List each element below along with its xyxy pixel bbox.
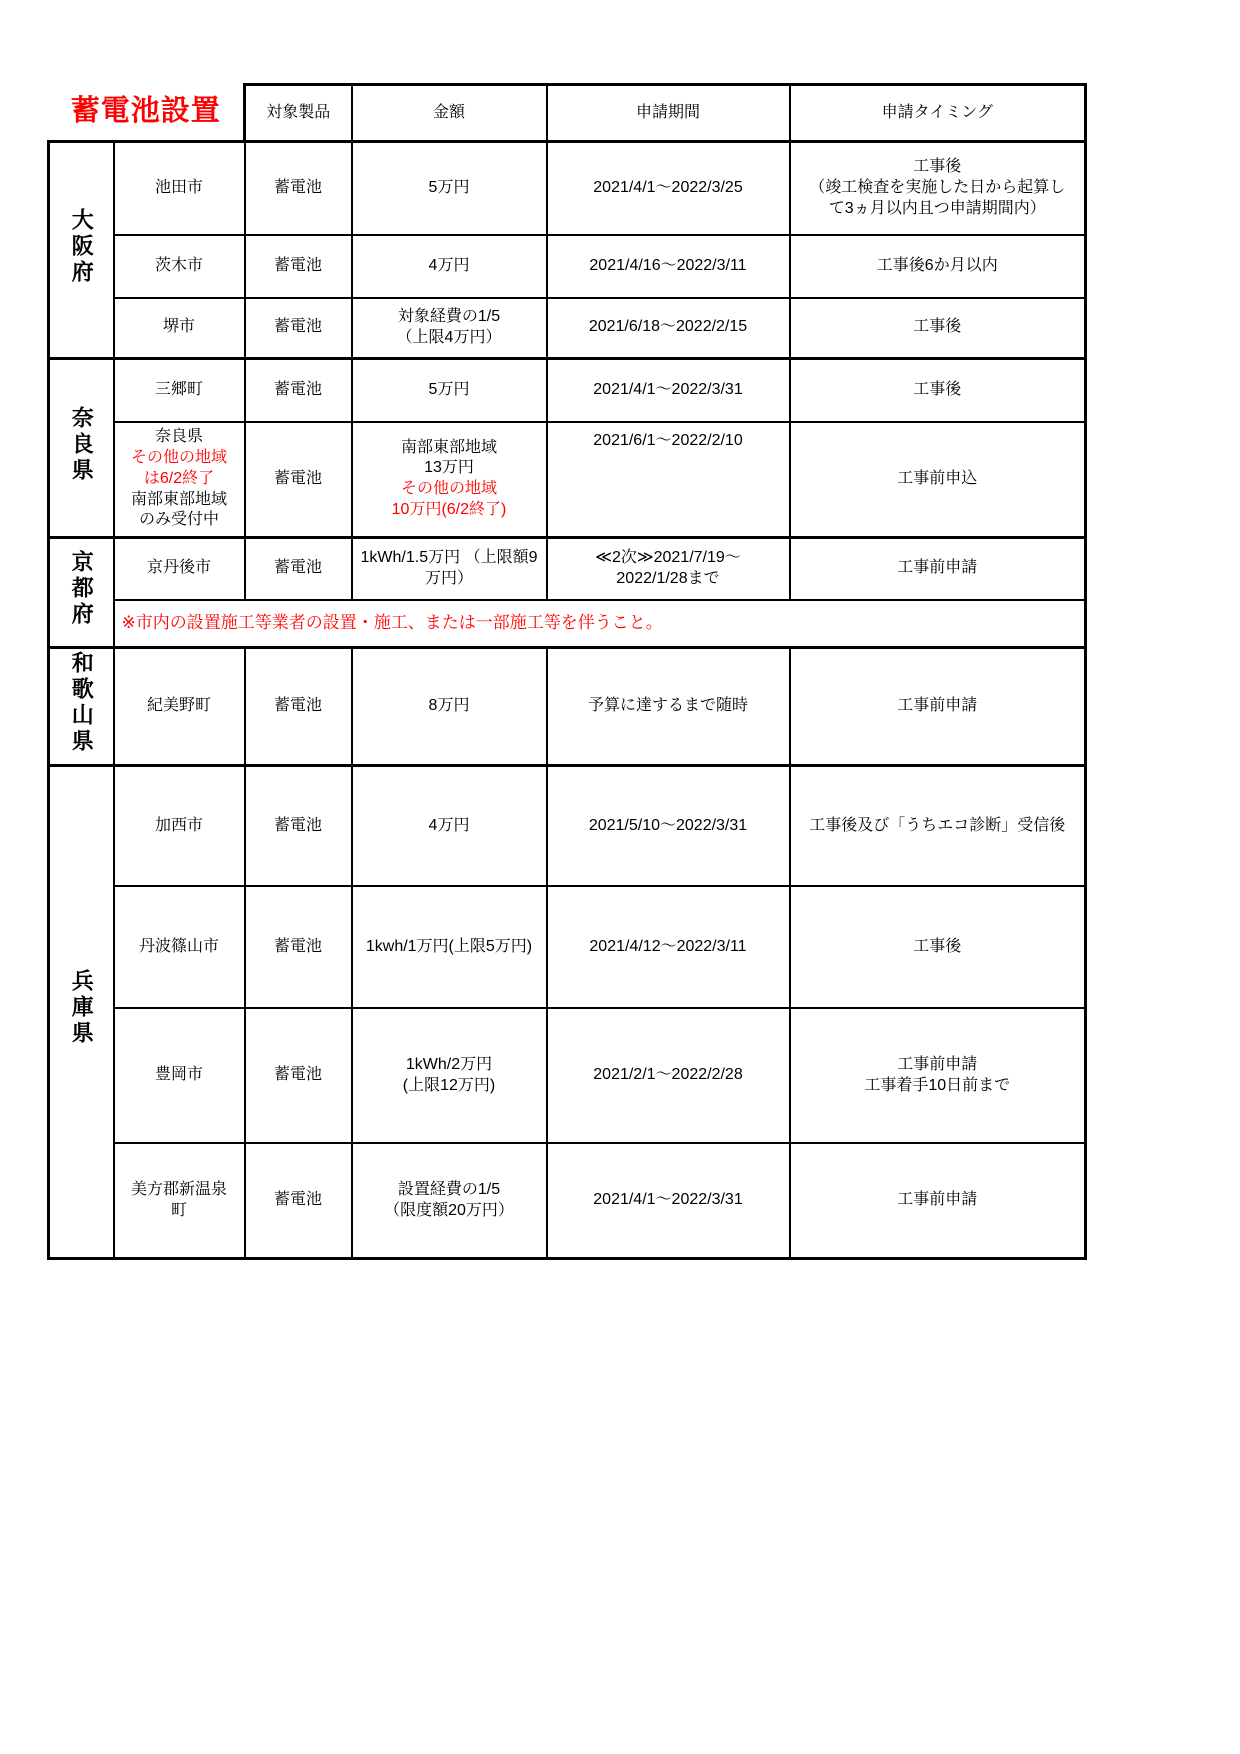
period-cell: 2021/4/12～2022/3/11 — [547, 886, 790, 1008]
prefecture-label: 兵庫県 — [70, 969, 92, 1047]
cell-line: 町 — [119, 1201, 240, 1222]
table-header-row: 蓄電池設置 対象製品 金額 申請期間 申請タイミング — [49, 85, 1086, 142]
timing-cell: 工事後6か月以内 — [790, 235, 1086, 298]
cell-line: 京丹後市 — [119, 558, 240, 579]
municipality-cell: 池田市 — [114, 142, 245, 235]
cell-line: 4万円 — [357, 256, 542, 277]
prefecture-cell: 奈良県 — [49, 359, 114, 538]
table-title-cell: 蓄電池設置 — [49, 85, 245, 142]
amount-cell: 4万円 — [352, 235, 547, 298]
prefecture-cell: 兵庫県 — [49, 765, 114, 1258]
period-cell: 2021/4/1～2022/3/25 — [547, 142, 790, 235]
cell-line: 2021/4/1～2022/3/31 — [552, 1190, 785, 1211]
amount-cell: 8万円 — [352, 648, 547, 766]
cell-line: 2021/2/1～2022/2/28 — [552, 1065, 785, 1086]
cell-line: 2021/6/18～2022/2/15 — [552, 317, 785, 338]
municipality-cell: 加西市 — [114, 765, 245, 886]
cell-line: （上限4万円） — [357, 328, 542, 349]
prefecture-label: 大阪府 — [70, 208, 92, 286]
table-row: 茨木市蓄電池4万円2021/4/16～2022/3/11工事後6か月以内 — [49, 235, 1086, 298]
timing-cell: 工事前申請工事着手10日前まで — [790, 1008, 1086, 1143]
cell-line: 設置経費の1/5 — [357, 1180, 542, 1201]
table-row: ※市内の設置施工等業者の設置・施工、または一部施工等を伴うこと。 — [49, 600, 1086, 648]
cell-line: 工事後 — [795, 157, 1081, 178]
cell-line: 茨木市 — [119, 256, 240, 277]
timing-cell: 工事後 — [790, 298, 1086, 359]
amount-cell: 南部東部地域13万円その他の地域10万円(6/2終了) — [352, 422, 547, 538]
cell-line: 5万円 — [357, 178, 542, 199]
cell-line: 三郷町 — [119, 380, 240, 401]
amount-cell: 4万円 — [352, 765, 547, 886]
cell-line: 紀美野町 — [119, 696, 240, 717]
amount-cell: 1kwh/1万円(上限5万円) — [352, 886, 547, 1008]
product-cell: 蓄電池 — [245, 235, 352, 298]
municipality-cell: 美方郡新温泉町 — [114, 1143, 245, 1258]
cell-line: 2021/4/1～2022/3/31 — [552, 380, 785, 401]
cell-line: 8万円 — [357, 696, 542, 717]
table-row: 豊岡市蓄電池1kWh/2万円(上限12万円)2021/2/1～2022/2/28… — [49, 1008, 1086, 1143]
municipality-cell: 丹波篠山市 — [114, 886, 245, 1008]
period-cell: 2021/4/1～2022/3/31 — [547, 1143, 790, 1258]
cell-line: 5万円 — [357, 380, 542, 401]
cell-line: 予算に達するまで随時 — [552, 696, 785, 717]
product-cell: 蓄電池 — [245, 142, 352, 235]
amount-cell: 対象経費の1/5（上限4万円） — [352, 298, 547, 359]
period-cell: 2021/6/18～2022/2/15 — [547, 298, 790, 359]
cell-line: 丹波篠山市 — [119, 937, 240, 958]
note-cell: ※市内の設置施工等業者の設置・施工、または一部施工等を伴うこと。 — [114, 600, 1086, 648]
cell-line: （限度額20万円） — [357, 1201, 542, 1222]
product-cell: 蓄電池 — [245, 886, 352, 1008]
product-cell: 蓄電池 — [245, 359, 352, 422]
cell-line: 工事前申請 — [795, 558, 1081, 579]
cell-line: 南部東部地域 — [357, 438, 542, 459]
cell-line: 豊岡市 — [119, 1065, 240, 1086]
cell-line: 対象経費の1/5 — [357, 307, 542, 328]
battery-subsidy-table: 蓄電池設置 対象製品 金額 申請期間 申請タイミング 大阪府池田市蓄電池5万円2… — [47, 83, 1087, 1260]
cell-line: その他の地域 — [119, 448, 240, 469]
cell-line: て3ヵ月以内且つ申請期間内） — [795, 199, 1081, 220]
cell-line: 堺市 — [119, 317, 240, 338]
column-header-timing: 申請タイミング — [790, 85, 1086, 142]
cell-line: 工事前申込 — [795, 469, 1081, 490]
page-title: 蓄電池設置 — [71, 95, 221, 127]
table-row: 大阪府池田市蓄電池5万円2021/4/1～2022/3/25工事後（竣工検査を実… — [49, 142, 1086, 235]
cell-line: 工事後 — [795, 317, 1081, 338]
period-cell: 2021/6/1～2022/2/10 — [547, 422, 790, 538]
cell-line: は6/2終了 — [119, 469, 240, 490]
cell-line: 工事前申請 — [795, 696, 1081, 717]
cell-line: 工事着手10日前まで — [795, 1076, 1081, 1097]
cell-line: （竣工検査を実施した日から起算し — [795, 178, 1081, 199]
cell-line: (上限12万円) — [357, 1076, 542, 1097]
cell-line: ≪2次≫2021/7/19～ — [552, 548, 785, 569]
table-row: 堺市蓄電池対象経費の1/5（上限4万円）2021/6/18～2022/2/15工… — [49, 298, 1086, 359]
cell-line: 2021/4/16～2022/3/11 — [552, 256, 785, 277]
prefecture-label: 奈良県 — [70, 406, 92, 484]
table-row: 兵庫県加西市蓄電池4万円2021/5/10～2022/3/31工事後及び「うちエ… — [49, 765, 1086, 886]
table-row: 奈良県その他の地域は6/2終了南部東部地域のみ受付中蓄電池南部東部地域13万円そ… — [49, 422, 1086, 538]
municipality-cell: 堺市 — [114, 298, 245, 359]
timing-cell: 工事前申請 — [790, 648, 1086, 766]
cell-line: 1kWh/2万円 — [357, 1055, 542, 1076]
amount-cell: 1kWh/2万円(上限12万円) — [352, 1008, 547, 1143]
municipality-cell: 三郷町 — [114, 359, 245, 422]
cell-line: 2021/6/1～2022/2/10 — [552, 431, 785, 452]
prefecture-label: 和歌山県 — [70, 651, 92, 755]
timing-cell: 工事後 — [790, 359, 1086, 422]
cell-line: 1kwh/1万円(上限5万円) — [357, 937, 542, 958]
amount-cell: 1kWh/1.5万円 （上限額9万円） — [352, 538, 547, 600]
amount-cell: 5万円 — [352, 142, 547, 235]
column-header-product: 対象製品 — [245, 85, 352, 142]
product-cell: 蓄電池 — [245, 298, 352, 359]
column-header-period: 申請期間 — [547, 85, 790, 142]
municipality-cell: 京丹後市 — [114, 538, 245, 600]
municipality-cell: 奈良県その他の地域は6/2終了南部東部地域のみ受付中 — [114, 422, 245, 538]
municipality-cell: 紀美野町 — [114, 648, 245, 766]
cell-line: その他の地域 — [357, 479, 542, 500]
cell-line: 工事後6か月以内 — [795, 256, 1081, 277]
cell-line: 2021/4/1～2022/3/25 — [552, 178, 785, 199]
column-header-amount: 金額 — [352, 85, 547, 142]
page: 蓄電池設置 対象製品 金額 申請期間 申請タイミング 大阪府池田市蓄電池5万円2… — [0, 0, 1240, 1754]
municipality-cell: 豊岡市 — [114, 1008, 245, 1143]
table-row: 奈良県三郷町蓄電池5万円2021/4/1～2022/3/31工事後 — [49, 359, 1086, 422]
cell-line: 工事後 — [795, 380, 1081, 401]
period-cell: 2021/5/10～2022/3/31 — [547, 765, 790, 886]
product-cell: 蓄電池 — [245, 765, 352, 886]
period-cell: 予算に達するまで随時 — [547, 648, 790, 766]
amount-cell: 5万円 — [352, 359, 547, 422]
cell-line: 工事前申請 — [795, 1055, 1081, 1076]
cell-line: 1kWh/1.5万円 （上限額9万円） — [357, 548, 542, 590]
cell-line: 美方郡新温泉 — [119, 1180, 240, 1201]
cell-line: 奈良県 — [119, 427, 240, 448]
product-cell: 蓄電池 — [245, 538, 352, 600]
cell-line: のみ受付中 — [119, 510, 240, 531]
period-cell: 2021/4/1～2022/3/31 — [547, 359, 790, 422]
cell-line: 4万円 — [357, 816, 542, 837]
period-cell: 2021/2/1～2022/2/28 — [547, 1008, 790, 1143]
product-cell: 蓄電池 — [245, 422, 352, 538]
timing-cell: 工事前申請 — [790, 1143, 1086, 1258]
prefecture-cell: 京都府 — [49, 538, 114, 648]
cell-line: 工事後 — [795, 937, 1081, 958]
cell-line: 南部東部地域 — [119, 490, 240, 511]
cell-line: 池田市 — [119, 178, 240, 199]
cell-line: 工事後及び「うちエコ診断」受信後 — [795, 816, 1081, 837]
table-row: 京都府京丹後市蓄電池1kWh/1.5万円 （上限額9万円）≪2次≫2021/7/… — [49, 538, 1086, 600]
prefecture-label: 京都府 — [70, 550, 92, 628]
timing-cell: 工事前申込 — [790, 422, 1086, 538]
timing-cell: 工事後 — [790, 886, 1086, 1008]
cell-line: 工事前申請 — [795, 1190, 1081, 1211]
prefecture-cell: 大阪府 — [49, 142, 114, 359]
cell-line: 加西市 — [119, 816, 240, 837]
table-row: 和歌山県紀美野町蓄電池8万円予算に達するまで随時工事前申請 — [49, 648, 1086, 766]
product-cell: 蓄電池 — [245, 1008, 352, 1143]
cell-line: 13万円 — [357, 458, 542, 479]
product-cell: 蓄電池 — [245, 648, 352, 766]
prefecture-cell: 和歌山県 — [49, 648, 114, 766]
timing-cell: 工事後及び「うちエコ診断」受信後 — [790, 765, 1086, 886]
amount-cell: 設置経費の1/5（限度額20万円） — [352, 1143, 547, 1258]
cell-line: 2022/1/28まで — [552, 569, 785, 590]
period-cell: 2021/4/16～2022/3/11 — [547, 235, 790, 298]
timing-cell: 工事前申請 — [790, 538, 1086, 600]
table-row: 美方郡新温泉町蓄電池設置経費の1/5（限度額20万円）2021/4/1～2022… — [49, 1143, 1086, 1258]
period-cell: ≪2次≫2021/7/19～2022/1/28まで — [547, 538, 790, 600]
table-body: 大阪府池田市蓄電池5万円2021/4/1～2022/3/25工事後（竣工検査を実… — [49, 142, 1086, 1259]
table-row: 丹波篠山市蓄電池1kwh/1万円(上限5万円)2021/4/12～2022/3/… — [49, 886, 1086, 1008]
cell-line: 2021/5/10～2022/3/31 — [552, 816, 785, 837]
cell-line: 2021/4/12～2022/3/11 — [552, 937, 785, 958]
cell-line: 10万円(6/2終了) — [357, 500, 542, 521]
timing-cell: 工事後（竣工検査を実施した日から起算して3ヵ月以内且つ申請期間内） — [790, 142, 1086, 235]
product-cell: 蓄電池 — [245, 1143, 352, 1258]
municipality-cell: 茨木市 — [114, 235, 245, 298]
